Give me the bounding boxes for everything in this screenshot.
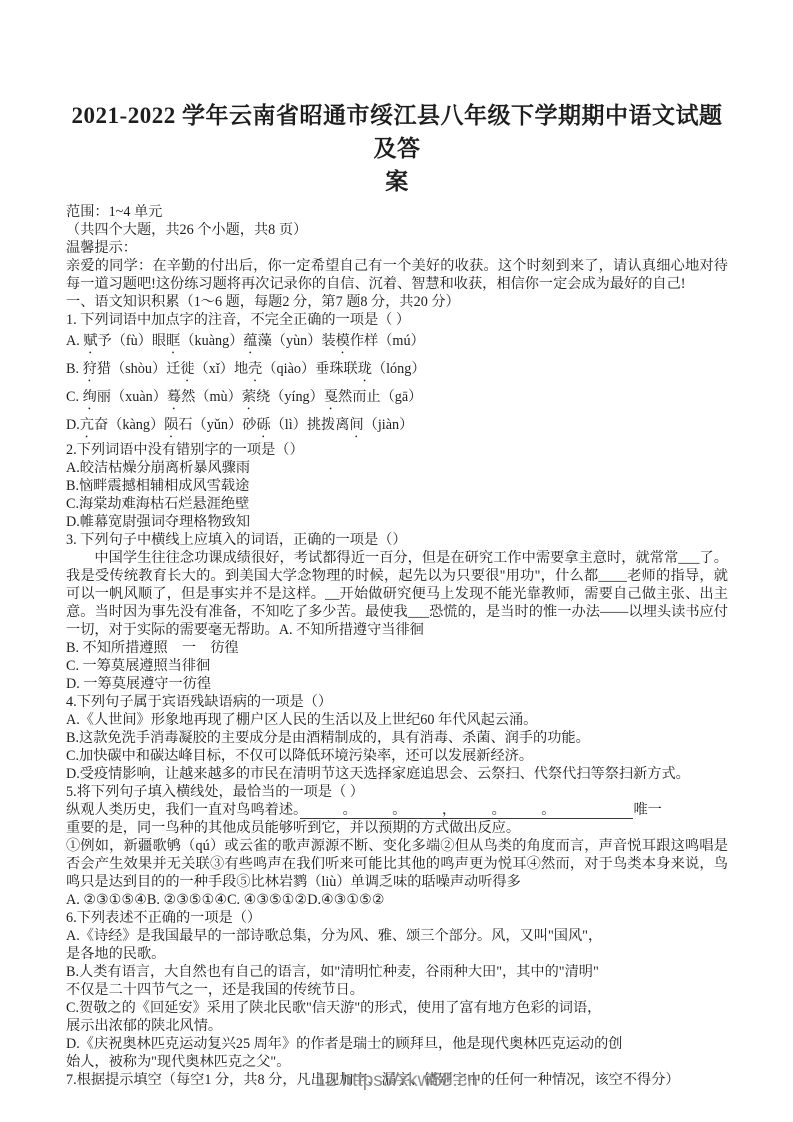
q6-line-1: A.《诗经》是我国最早的一部诗歌总集，分为风、雅、颂三个部分。风，又叫"国风"， [66,927,728,945]
q5-lead: 纵观人类历史，我们一直对鸟鸣着述。 [66,802,300,818]
q4-option-d: D.受疫情影响，让越来越多的市民在清明节这天选择家庭追思会、云祭扫、代祭代扫等祭… [66,765,728,783]
page-title-line1: 2021-2022 学年云南省昭通市绥江县八年级下学期期中语文试题及答 [66,99,728,165]
q6-stem: 6.下列表述不正确的一项是（） [66,909,728,927]
q4-stem: 4.下列句子属于宾语残缺语病的一项是（） [66,693,728,711]
tips-label: 温馨提示： [66,239,728,257]
q5-tail: 唯一 [633,802,661,818]
section1-heading: 一、语文知识积累（1～6 题，每题2 分，第7 题8 分，共20 分） [66,293,728,311]
exam-page: 2021-2022 学年云南省昭通市绥江县八年级下学期期中语文试题及答 案 范围… [0,0,793,1122]
page-title-line2: 案 [66,165,728,198]
q6-line-7: D.《庆祝奥林匹克运动复兴25 周年》的作者是瑞士的顾拜旦，他是现代奥林匹克运动… [66,1035,728,1053]
q3-option-d: D. 一筹莫展遵守一彷徨 [66,675,728,693]
q3-option-b: B. 不知所措遵照 一 彷徨 [66,639,728,657]
q6-line-8: 始人，被称为"现代奥林匹克之父"。 [66,1053,728,1071]
q2-option-a: A.皎洁枯燥分崩离析暴风骤雨 [66,459,728,477]
q2-option-c: C.海棠劫难海枯石烂悬涯绝壁 [66,495,728,513]
q1-stem: 1. 下列词语中加点字的注音，不完全正确的一项是（ ） [66,311,728,329]
page-content: 2021-2022 学年云南省昭通市绥江县八年级下学期期中语文试题及答 案 范围… [66,84,728,1089]
q2-option-b: B.恼畔震撼相辅相成风雪载途 [66,477,728,495]
q4-option-b: B.这款免洗手消毒凝胶的主要成分是由酒精制成的，具有消毒、杀菌、润手的功能。 [66,729,728,747]
q4-option-a: A.《人世间》形象地再现了棚户区人民的生活以及上世纪60 年代风起云涌。 [66,711,728,729]
q6-line-4: 不仅是二十四节气之一，还是我国的传统节日。 [66,981,728,999]
q5-fill-blank: 。 。 ， 。 。 [300,802,633,819]
page-title: 2021-2022 学年云南省昭通市绥江县八年级下学期期中语文试题及答 案 [66,99,728,198]
meta-counts: （共四个大题，共26 个小题，共8 页） [66,221,728,239]
q1-option-b: B. 狩猎（shòu）迁徙（xǐ）地壳（qiào）垂珠联珑（lóng） [66,357,728,385]
q5-options-line: A. ②③①⑤④B. ②③⑤①④C. ④③⑤①②D.④③①⑤② [66,891,728,909]
q1-option-d: D.亢奋（kàng）陨石（yǔn）砂砾（lì）挑拨离间（jiàn） [66,413,728,441]
q3-passage: 中国学生往往念功课成绩很好，考试都得近一百分，但是在研究工作中需要拿主意时，就常… [66,549,728,639]
q2-option-d: D.帷幕宽尉强词夺理格物致知 [66,513,728,531]
q6-line-5: C.贺敬之的《回延安》采用了陕北民歌"信天游"的形式，使用了富有地方色彩的词语， [66,999,728,1017]
q6-line-3: B.人类有语言，大自然也有自己的语言，如"清明忙种麦，谷雨种大田"，其中的"清明… [66,963,728,981]
q3-stem: 3. 下列句子中横线上应填入的词语，正确的一项是（） [66,531,728,549]
q3-option-c: C. 一筹莫展遵照当徘徊 [66,657,728,675]
watermark-footer: 12 https://xkw88.cn [0,1070,793,1092]
q4-option-c: C.加快碳中和碳达峰目标，不仅可以降低环境污染率，还可以发展新经济。 [66,747,728,765]
q5-line2: 重要的是，同一鸟种的其他成员能够听到它，并以预期的方式做出反应。 [66,819,728,837]
meta-scope: 范围：1~4 单元 [66,203,728,221]
q1-option-c: C. 绚丽（xuàn）蓦然（mù）萦绕（yíng）戛然而止（gā） [66,385,728,413]
q5-blank-line: 纵观人类历史，我们一直对鸟鸣着述。 。 。 ， 。 。 唯一 [66,801,728,819]
tips-text: 亲爱的同学：在辛勤的付出后，你一定希望自己有一个美好的收获。这个时刻到来了，请认… [66,257,728,293]
q6-line-2: 是各地的民歌。 [66,945,728,963]
q5-stem: 5.将下列句子填入横线处，最恰当的一项是（ ） [66,783,728,801]
q1-option-a: A. 赋予（fù）眼眶（kuàng）蕴藻（yùn）装模作样（mú） [66,329,728,357]
q2-stem: 2.下列词语中没有错别字的一项是（） [66,441,728,459]
q6-line-6: 展示出浓郁的陕北风情。 [66,1017,728,1035]
q5-sentences: ①例如，新疆歌鸲（qú）或云雀的歌声源源不断、变化多端②但从鸟类的角度而言，声音… [66,837,728,891]
